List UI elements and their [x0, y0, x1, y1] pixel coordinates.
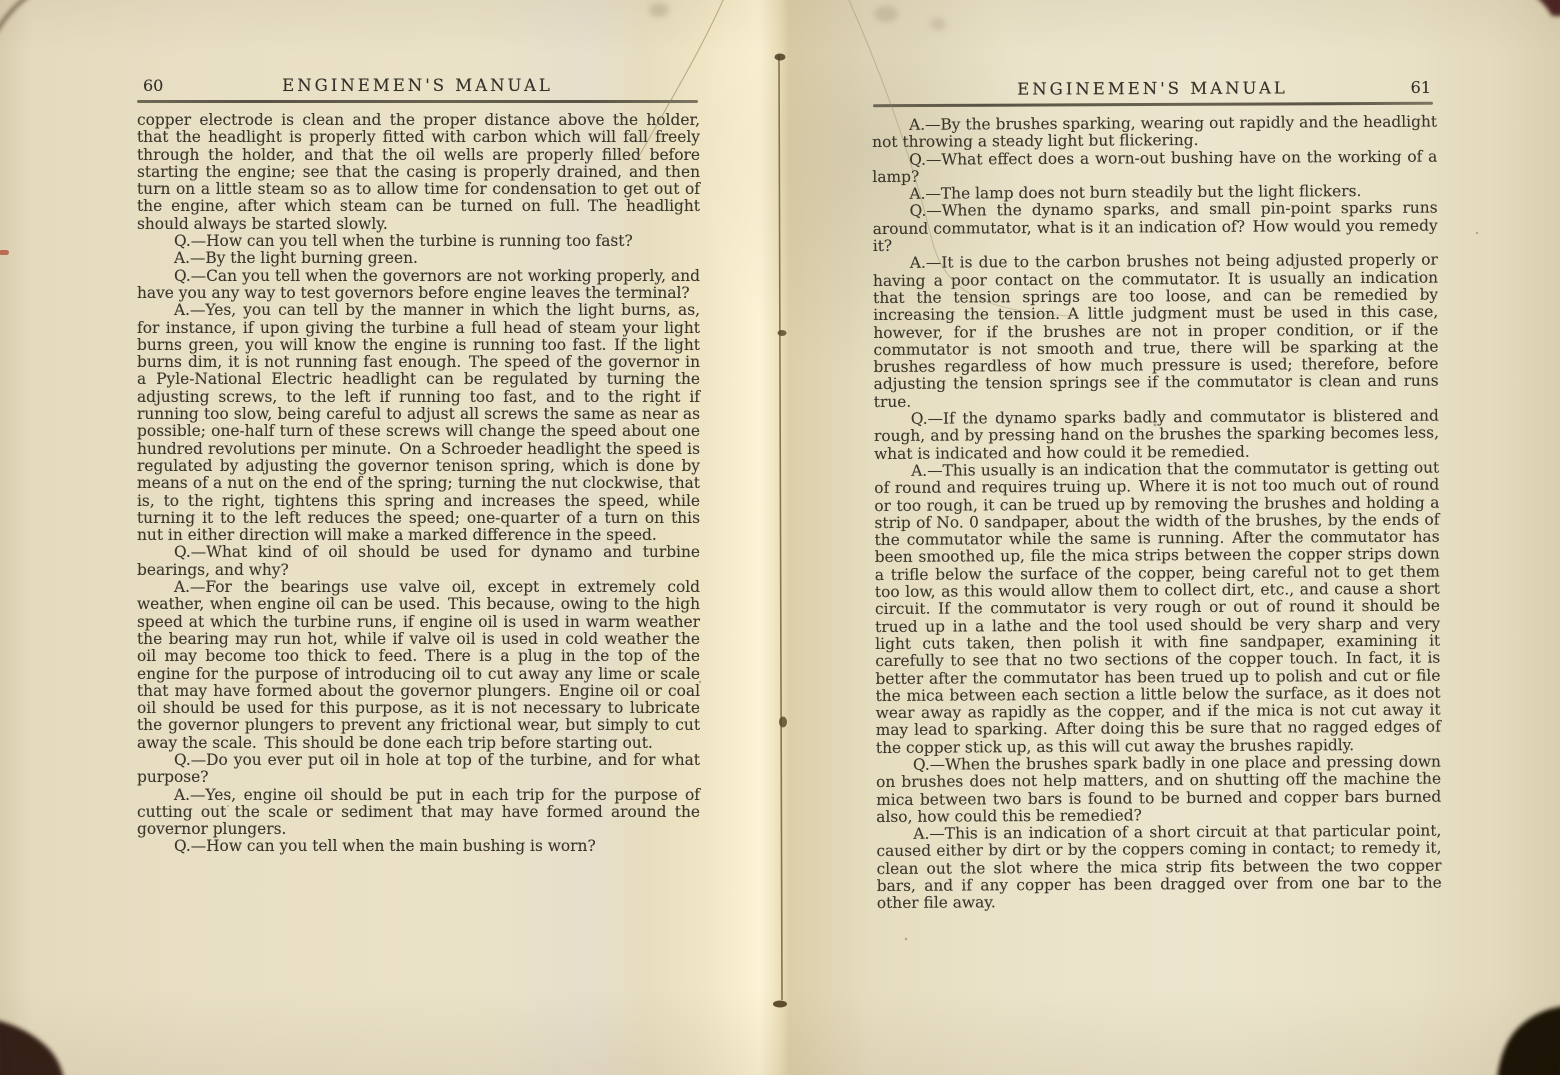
corner-shadow-bottom-left	[0, 1020, 64, 1075]
paragraph: Q.—When the brushes spark badly in one p…	[876, 754, 1441, 827]
paragraph: Q.—If the dynamo sparks badly and commut…	[874, 408, 1439, 463]
paragraph: A.—Yes, you can tell by the manner in wh…	[137, 302, 700, 544]
paragraph: A.—By the brushes sparking, wearing out …	[872, 114, 1437, 152]
paragraph: copper electrode is clean and the proper…	[137, 112, 700, 233]
paragraph: A.—For the bearings use valve oil, excep…	[137, 579, 700, 752]
corner-shadow-bottom-right	[1497, 1006, 1560, 1075]
paragraph: A.—Yes, engine oil should be put in each…	[137, 787, 700, 839]
paragraph: A.—This is an indication of a short circ…	[876, 823, 1442, 913]
page-header-right: ENGINEMEN'S MANUAL 61	[872, 78, 1433, 102]
paragraph: Q.—How can you tell when the turbine is …	[137, 233, 700, 250]
open-book-scan: 60 ENGINEMEN'S MANUAL copper electrode i…	[0, 0, 1560, 1075]
paragraph: Q.—How can you tell when the main bushin…	[137, 838, 700, 855]
spine-stitching	[773, 54, 787, 1008]
corner-shadow-top-right	[1535, 0, 1560, 16]
paragraph: Q.—What effect does a worn-out bushing h…	[872, 148, 1437, 186]
running-title: ENGINEMEN'S MANUAL	[137, 76, 698, 95]
paragraph: A.—It is due to the carbon brushes not b…	[873, 252, 1439, 411]
page-text-right: A.—By the brushes sparking, wearing out …	[872, 114, 1442, 913]
paragraph: A.—By the light burning green.	[137, 250, 700, 267]
smudges	[649, 3, 946, 30]
page-text-left: copper electrode is clean and the proper…	[137, 112, 700, 856]
header-rule	[873, 102, 1433, 107]
paragraph: A.—This usually is an indication that th…	[874, 459, 1441, 756]
running-title: ENGINEMEN'S MANUAL	[872, 78, 1433, 99]
header-rule	[137, 100, 698, 103]
paragraph: Q.—Do you ever put oil in hole at top of…	[137, 752, 700, 787]
page-header-left: 60 ENGINEMEN'S MANUAL	[137, 76, 698, 98]
paragraph: Q.—Can you tell when the governors are n…	[137, 268, 700, 303]
paragraph: Q.—What kind of oil should be used for d…	[137, 544, 700, 579]
page-number: 61	[1411, 78, 1431, 97]
corner-shadow-top-left	[0, 0, 28, 32]
paragraph: Q.—When the dynamo sparks, and small pin…	[873, 200, 1438, 255]
